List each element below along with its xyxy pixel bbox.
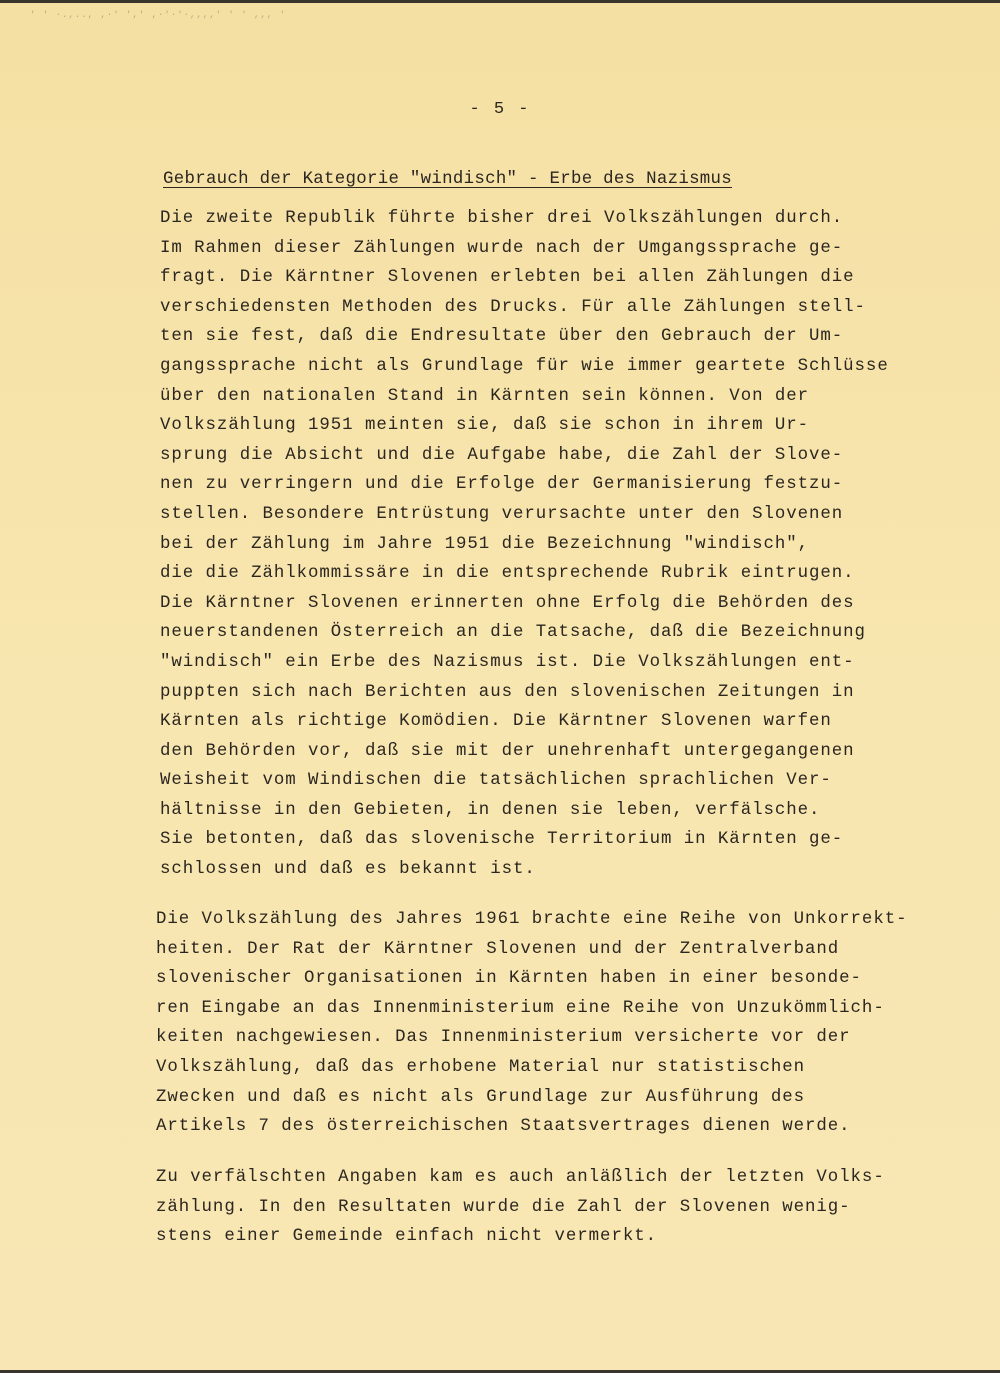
text-line: Kärnten als richtige Komödien. Die Kärnt… (160, 707, 889, 737)
text-line: die die Zählkommissäre in die entspreche… (160, 559, 889, 589)
text-line: bei der Zählung im Jahre 1951 die Bezeic… (160, 530, 889, 560)
text-line: schlossen und daß es bekannt ist. (160, 855, 889, 885)
paragraph-3: Zu verfälschten Angaben kam es auch anlä… (156, 1163, 885, 1252)
text-line: den Behörden vor, daß sie mit der unehre… (160, 737, 889, 767)
text-line: Volkszählung 1951 meinten sie, daß sie s… (160, 411, 889, 441)
text-line: slovenischer Organisationen in Kärnten h… (156, 964, 907, 994)
text-line: neuerstandenen Österreich an die Tatsach… (160, 618, 889, 648)
text-line: verschiedensten Methoden des Drucks. Für… (160, 293, 889, 323)
text-line: zählung. In den Resultaten wurde die Zah… (156, 1193, 885, 1223)
text-line: ren Eingabe an das Innenministerium eine… (156, 994, 907, 1024)
text-line: Weisheit vom Windischen die tatsächliche… (160, 766, 889, 796)
text-line: stellen. Besondere Entrüstung verursacht… (160, 500, 889, 530)
text-line: heiten. Der Rat der Kärntner Slovenen un… (156, 935, 907, 965)
text-line: "windisch" ein Erbe des Nazismus ist. Di… (160, 648, 889, 678)
text-line: Volkszählung, daß das erhobene Material … (156, 1053, 907, 1083)
text-line: Im Rahmen dieser Zählungen wurde nach de… (160, 234, 889, 264)
text-line: Die zweite Republik führte bisher drei V… (160, 204, 889, 234)
text-line: nen zu verringern und die Erfolge der Ge… (160, 470, 889, 500)
text-line: ten sie fest, daß die Endresultate über … (160, 322, 889, 352)
text-line: Zwecken und daß es nicht als Grundlage z… (156, 1083, 907, 1113)
text-line: gangssprache nicht als Grundlage für wie… (160, 352, 889, 382)
text-line: Sie betonten, daß das slovenische Territ… (160, 825, 889, 855)
paragraph-1: Die zweite Republik führte bisher drei V… (160, 204, 889, 885)
paragraph-2: Die Volkszählung des Jahres 1961 brachte… (156, 905, 907, 1142)
text-line: fragt. Die Kärntner Slovenen erlebten be… (160, 263, 889, 293)
text-line: sprung die Absicht und die Aufgabe habe,… (160, 441, 889, 471)
document-page: ' ' ·.,.., ,·' ',' ,·'·'·,,,,' ' ' ,,, '… (0, 0, 1000, 1373)
section-heading: Gebrauch der Kategorie "windisch" - Erbe… (163, 170, 732, 189)
page-number: - 5 - (0, 100, 1000, 119)
text-line: keiten nachgewiesen. Das Innenministeriu… (156, 1023, 907, 1053)
text-line: Die Kärntner Slovenen erinnerten ohne Er… (160, 589, 889, 619)
text-line: über den nationalen Stand in Kärnten sei… (160, 382, 889, 412)
text-line: Artikels 7 des österreichischen Staatsve… (156, 1112, 907, 1142)
text-line: puppten sich nach Berichten aus den slov… (160, 678, 889, 708)
text-line: Zu verfälschten Angaben kam es auch anlä… (156, 1163, 885, 1193)
text-line: Die Volkszählung des Jahres 1961 brachte… (156, 905, 907, 935)
scan-artifact: ' ' ·.,.., ,·' ',' ,·'·'·,,,,' ' ' ,,, ' (30, 10, 360, 30)
text-line: hältnisse in den Gebieten, in denen sie … (160, 796, 889, 826)
text-line: stens einer Gemeinde einfach nicht verme… (156, 1222, 885, 1252)
